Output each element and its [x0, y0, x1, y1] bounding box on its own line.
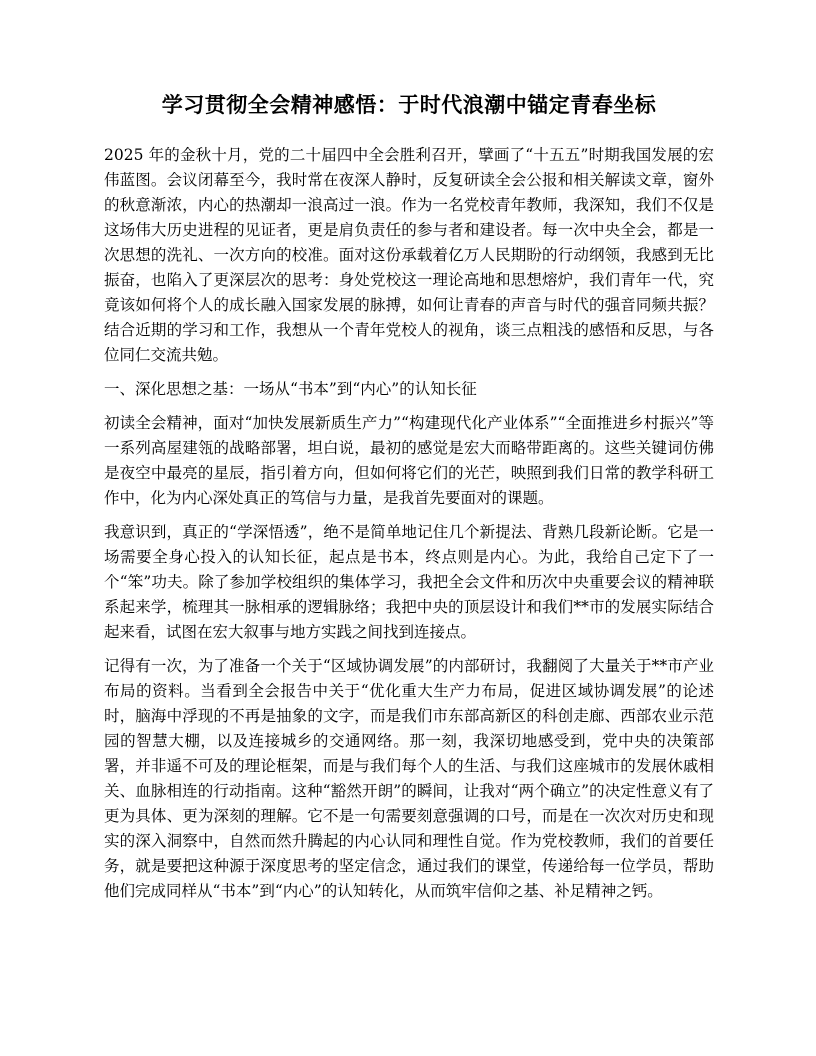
document-title: 学习贯彻全会精神感悟：于时代浪潮中锚定青春坐标	[104, 90, 714, 120]
document-page: 学习贯彻全会精神感悟：于时代浪潮中锚定青春坐标 2025 年的金秋十月，党的二十…	[0, 0, 816, 1056]
paragraph-first-reading: 初读全会精神，面对“加快发展新质生产力”“构建现代化产业体系”“全面推进乡村振兴…	[104, 411, 714, 511]
paragraph-opening: 2025 年的金秋十月，党的二十届四中全会胜利召开，擘画了“十五五”时期我国发展…	[104, 143, 714, 368]
section-heading-one: 一、深化思想之基：一场从“书本”到“内心”的认知长征	[104, 377, 714, 402]
paragraph-anecdote: 记得有一次，为了准备一个关于“区域协调发展”的内部研讨，我翻阅了大量关于**市产…	[104, 654, 714, 904]
paragraph-realization: 我意识到，真正的“学深悟透”，绝不是简单地记住几个新提法、背熟几段新论断。它是一…	[104, 520, 714, 645]
